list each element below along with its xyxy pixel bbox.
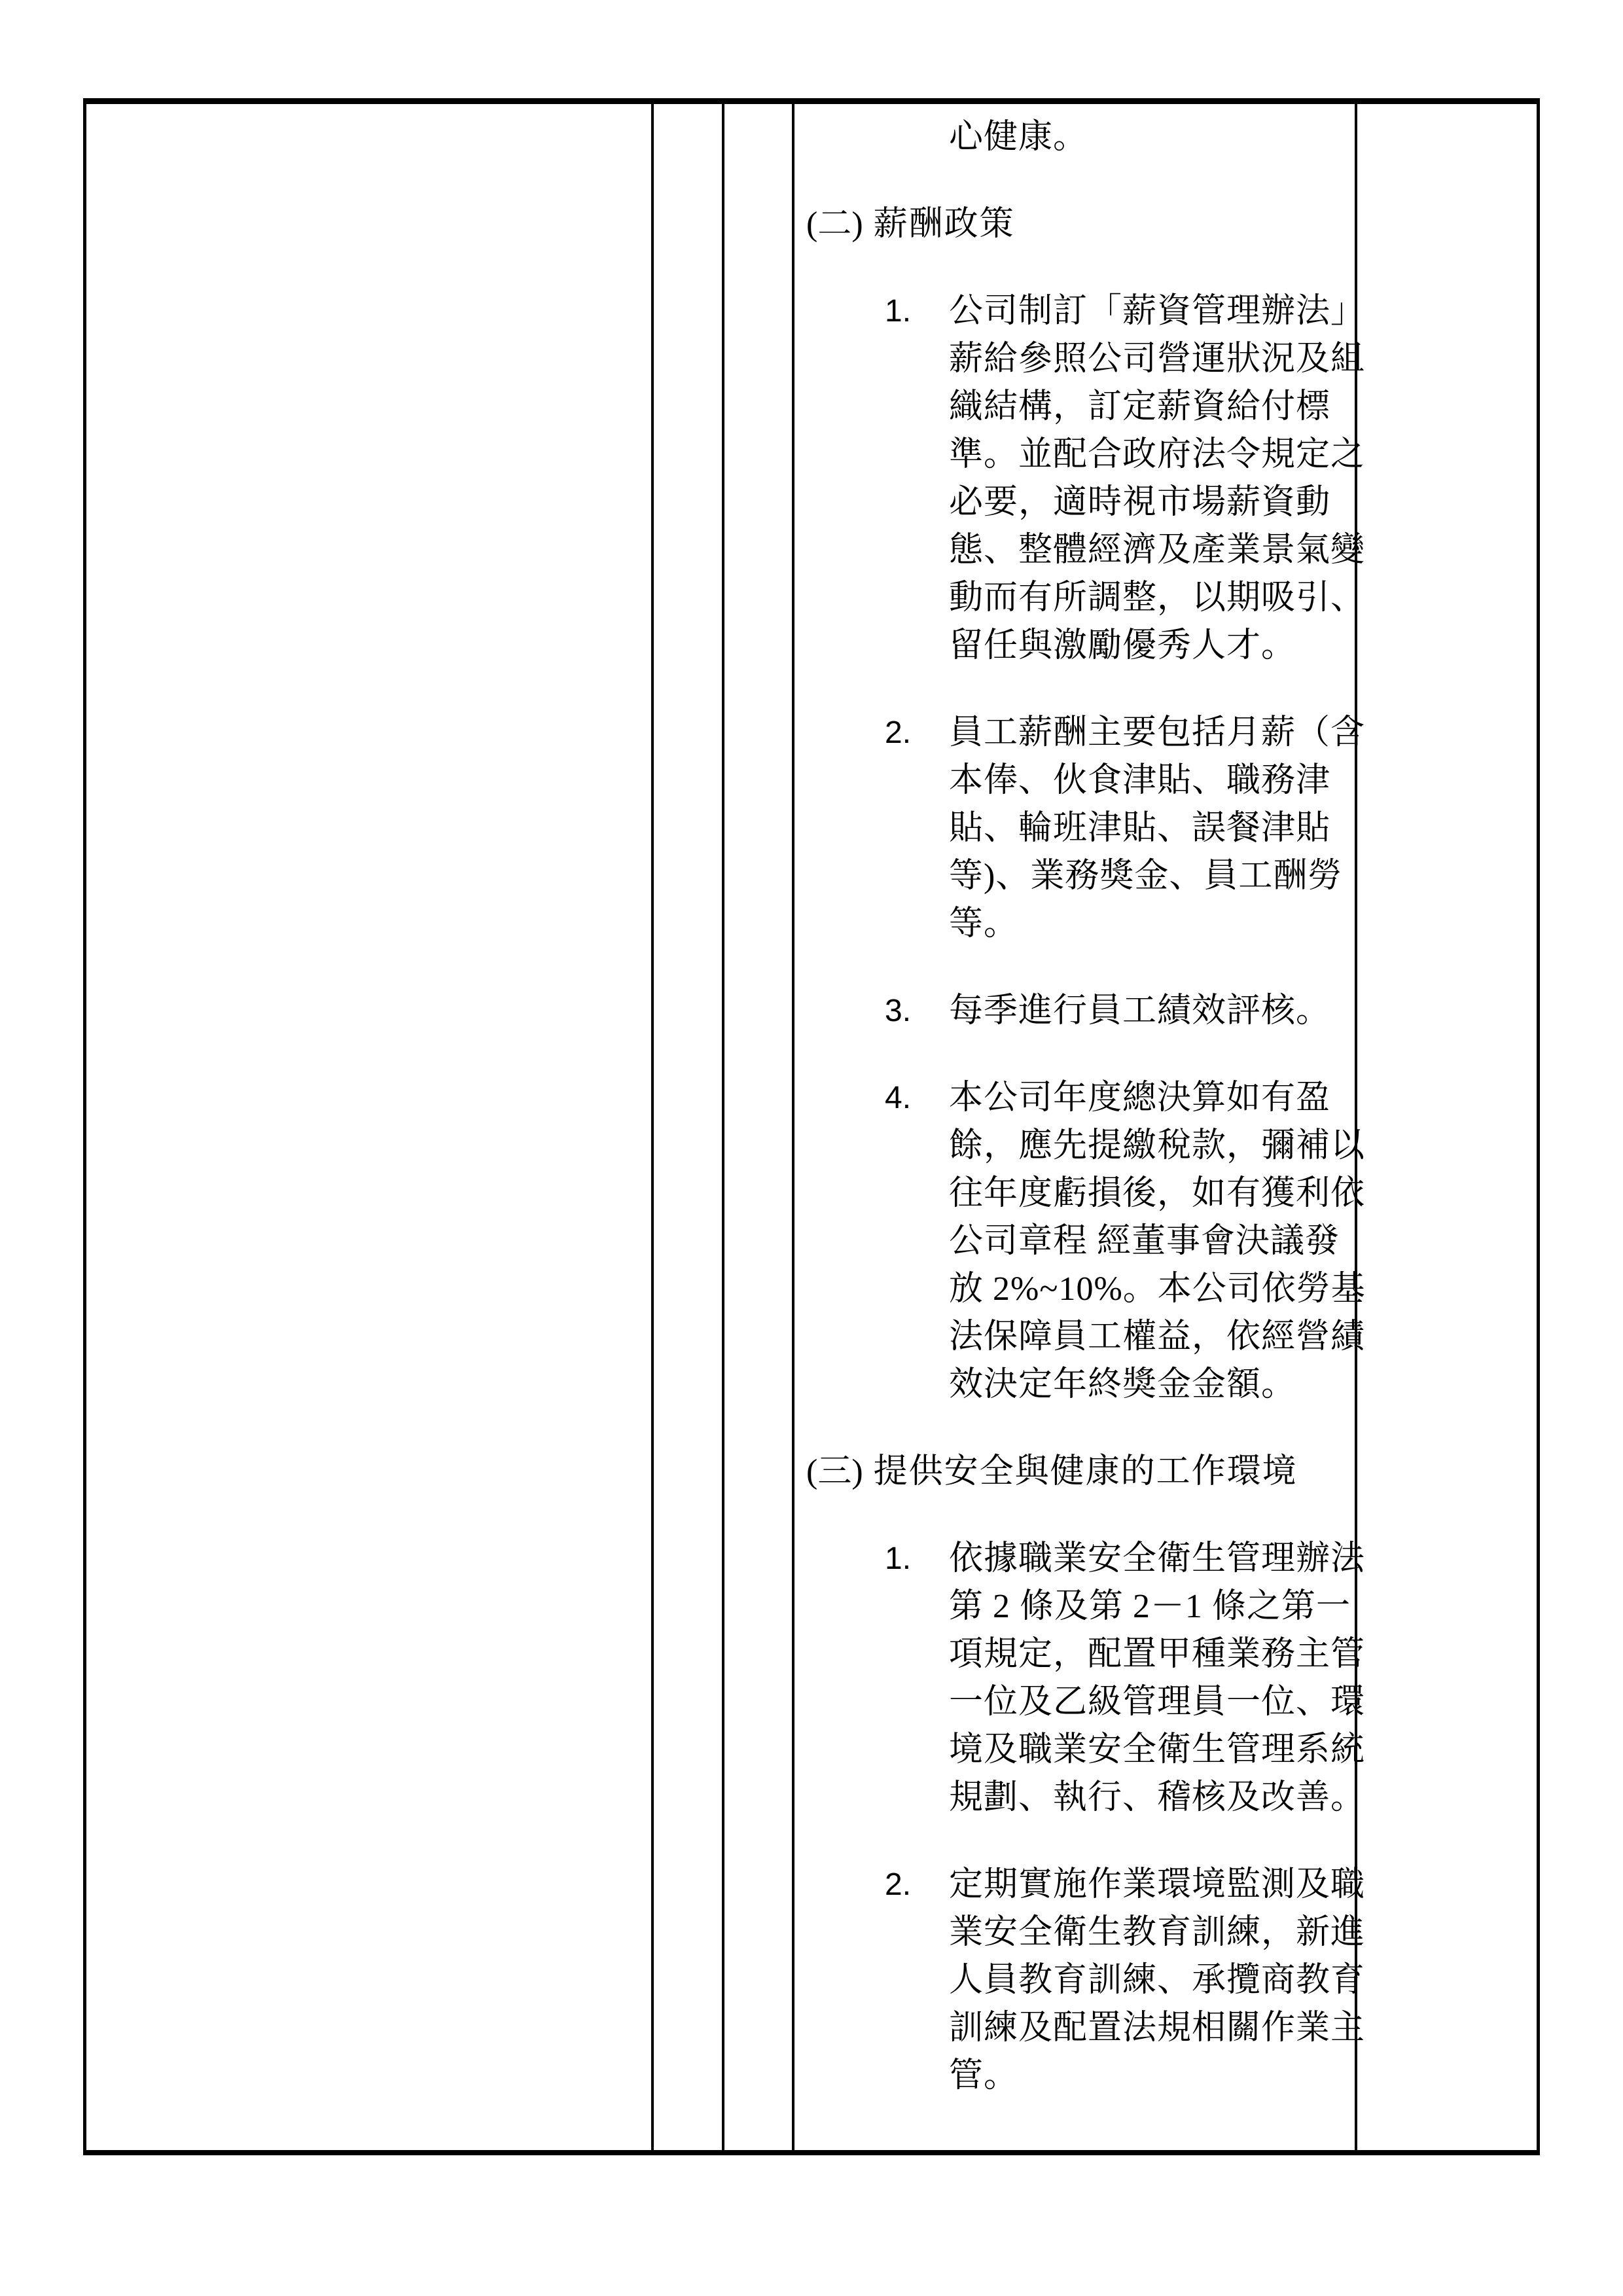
- text-line: 薪給參照公司營運狀況及組: [949, 335, 1365, 383]
- column-divider-2: [722, 104, 724, 2150]
- text-line: 留任與激勵優秀人才。: [949, 622, 1365, 670]
- content-table: 心健康。(二)薪酬政策1.公司制訂「薪資管理辦法」薪給參照公司營運狀況及組織結構…: [83, 98, 1540, 2155]
- column-divider-1: [651, 104, 654, 2150]
- numbered-item: 2.員工薪酬主要包括月薪（含本俸、伙食津貼、職務津貼、輪班津貼、誤餐津貼等)、業…: [885, 709, 1355, 948]
- item-number: 2.: [885, 1861, 949, 1909]
- text-line: 管。: [949, 2052, 1365, 2100]
- item-number: 1.: [885, 287, 949, 335]
- item-number: 3.: [885, 987, 949, 1035]
- main-text-container: 心健康。(二)薪酬政策1.公司制訂「薪資管理辦法」薪給參照公司營運狀況及組織結構…: [794, 104, 1355, 2100]
- text-line: 一位及乙級管理員一位、環: [949, 1678, 1365, 1726]
- item-text: 員工薪酬主要包括月薪（含本俸、伙食津貼、職務津貼、輪班津貼、誤餐津貼等)、業務獎…: [949, 709, 1365, 948]
- text-line: 人員教育訓練、承攬商教育: [949, 1956, 1365, 2004]
- numbered-item: 1.依據職業安全衛生管理辦法第 2 條及第 2－1 條之第一項規定，配置甲種業務…: [885, 1535, 1355, 1821]
- text-line: 準。並配合政府法令規定之: [949, 431, 1365, 478]
- text-line: 依據職業安全衛生管理辦法: [949, 1535, 1365, 1583]
- section-heading-row: (二)薪酬政策: [806, 200, 1355, 248]
- text-line: 效決定年終獎金金額。: [949, 1361, 1366, 1408]
- cell-narrow-empty-1: [654, 104, 722, 2150]
- cell-main-text: 心健康。(二)薪酬政策1.公司制訂「薪資管理辦法」薪給參照公司營運狀況及組織結構…: [794, 104, 1355, 2150]
- item-text: 依據職業安全衛生管理辦法第 2 條及第 2－1 條之第一項規定，配置甲種業務主管…: [949, 1535, 1365, 1821]
- text-line: 公司章程 經董事會決議發: [949, 1217, 1366, 1265]
- text-line: 本俸、伙食津貼、職務津: [949, 757, 1365, 804]
- text-line: 規劃、執行、稽核及改善。: [949, 1774, 1365, 1821]
- text-line: 訓練及配置法規相關作業主: [949, 2004, 1365, 2052]
- section-title: 提供安全與健康的工作環境: [874, 1448, 1298, 1496]
- text-line: 項規定，配置甲種業務主管: [949, 1630, 1365, 1678]
- numbered-item: 3.每季進行員工績效評核。: [885, 987, 1355, 1035]
- cell-narrow-empty-2: [724, 104, 792, 2150]
- document-page: 心健康。(二)薪酬政策1.公司制訂「薪資管理辦法」薪給參照公司營運狀況及組織結構…: [0, 0, 1623, 2296]
- cell-right-empty: [1357, 104, 1534, 2150]
- item-number: 1.: [885, 1535, 949, 1583]
- section-label: (二): [806, 200, 863, 248]
- section-title: 薪酬政策: [874, 200, 1015, 248]
- text-line: 境及職業安全衛生管理系統: [949, 1726, 1365, 1774]
- text-line: 員工薪酬主要包括月薪（含: [949, 709, 1365, 757]
- text-line: 法保障員工權益，依經營績: [949, 1313, 1366, 1361]
- numbered-item: 1.公司制訂「薪資管理辦法」薪給參照公司營運狀況及組織結構，訂定薪資給付標準。並…: [885, 287, 1355, 670]
- section-label: (三): [806, 1448, 863, 1496]
- text-line: 業安全衛生教育訓練，新進: [949, 1909, 1365, 1956]
- item-text: 定期實施作業環境監測及職業安全衛生教育訓練，新進人員教育訓練、承攬商教育訓練及配…: [949, 1861, 1365, 2100]
- text-line: 定期實施作業環境監測及職: [949, 1861, 1365, 1909]
- text-line: 往年度虧損後，如有獲利依: [949, 1170, 1366, 1217]
- text-line: 動而有所調整，以期吸引、: [949, 574, 1365, 622]
- text-line: 公司制訂「薪資管理辦法」: [949, 287, 1365, 335]
- text-line: 放 2%~10%。本公司依勞基: [949, 1265, 1366, 1313]
- item-text: 每季進行員工績效評核。: [949, 987, 1330, 1035]
- text-line: 態、整體經濟及產業景氣變: [949, 526, 1365, 574]
- column-divider-3: [792, 104, 794, 2150]
- text-line: 必要，適時視市場薪資動: [949, 478, 1365, 526]
- text-line: 餘，應先提繳稅款，彌補以: [949, 1122, 1366, 1170]
- text-line: 心健康。: [949, 113, 1355, 161]
- text-line: 貼、輪班津貼、誤餐津貼: [949, 804, 1365, 852]
- section-heading: (三)提供安全與健康的工作環境: [806, 1448, 1355, 1496]
- section-heading-row: (三)提供安全與健康的工作環境: [806, 1448, 1355, 1496]
- text-line: 等)、業務獎金、員工酬勞: [949, 852, 1365, 900]
- item-text: 公司制訂「薪資管理辦法」薪給參照公司營運狀況及組織結構，訂定薪資給付標準。並配合…: [949, 287, 1365, 670]
- section-heading: (二)薪酬政策: [806, 200, 1355, 248]
- numbered-item: 4.本公司年度總決算如有盈餘，應先提繳稅款，彌補以往年度虧損後，如有獲利依公司章…: [885, 1074, 1355, 1408]
- continuation-paragraph: 心健康。: [806, 113, 1355, 161]
- item-number: 2.: [885, 709, 949, 757]
- column-divider-4: [1355, 104, 1357, 2150]
- item-text: 本公司年度總決算如有盈餘，應先提繳稅款，彌補以往年度虧損後，如有獲利依公司章程 …: [949, 1074, 1366, 1408]
- cell-left-empty: [86, 104, 651, 2150]
- item-number: 4.: [885, 1074, 949, 1122]
- text-line: 織結構，訂定薪資給付標: [949, 383, 1365, 431]
- text-line: 第 2 條及第 2－1 條之第一: [949, 1583, 1365, 1630]
- text-line: 本公司年度總決算如有盈: [949, 1074, 1366, 1122]
- text-line: 每季進行員工績效評核。: [949, 987, 1330, 1035]
- numbered-item: 2.定期實施作業環境監測及職業安全衛生教育訓練，新進人員教育訓練、承攬商教育訓練…: [885, 1861, 1355, 2100]
- text-line: 等。: [949, 900, 1365, 948]
